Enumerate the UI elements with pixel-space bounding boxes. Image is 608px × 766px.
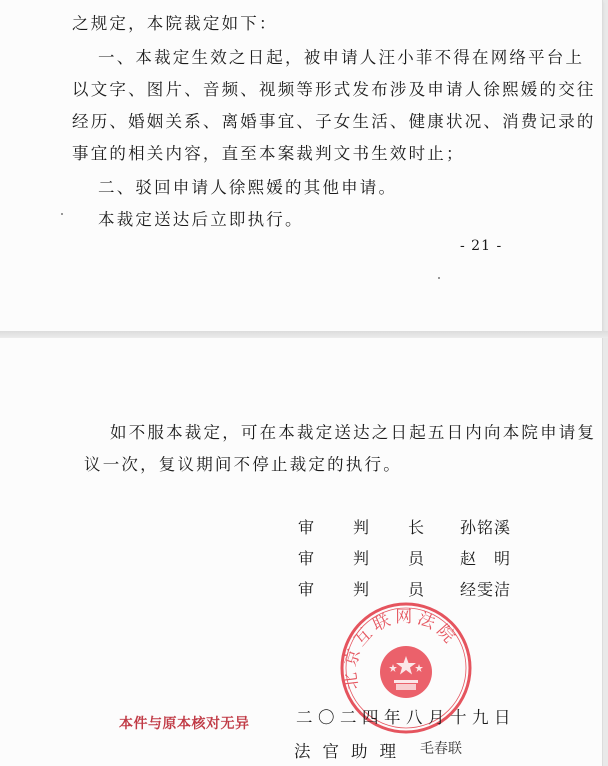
scan-speck bbox=[438, 277, 440, 279]
role-char: 判 bbox=[353, 577, 369, 600]
page-number: - 21 - bbox=[460, 238, 502, 254]
judge-name: 孙铭溪 bbox=[460, 515, 511, 538]
scan-speck bbox=[61, 213, 63, 215]
document-page-21: 之规定，本院裁定如下： 一、本裁定生效之日起，被申请人汪小菲不得在网络平台上 以… bbox=[0, 0, 603, 331]
appeal-notice-line-2: 议一次，复议期间不停止裁定的执行。 bbox=[84, 451, 402, 475]
text-line: 以文字、图片、音频、视频等形式发布涉及申请人徐熙媛的交往 bbox=[72, 76, 596, 100]
ruling-date: 二〇二四年八月十九日 bbox=[296, 704, 516, 728]
certification-stamp: 本件与原本核对无异 bbox=[119, 713, 250, 733]
ruling-item-1: 一、本裁定生效之日起，被申请人汪小菲不得在网络平台上 bbox=[98, 44, 584, 68]
text-line: 之规定，本院裁定如下： bbox=[72, 10, 278, 34]
judicial-assistant: 法官助理 毛春联 bbox=[294, 738, 408, 762]
text-line: 事宜的相关内容，直至本案裁判文书生效时止； bbox=[72, 140, 465, 164]
role-char: 判 bbox=[353, 546, 369, 569]
signature-judge-2: 审 判 员 经雯洁 bbox=[298, 577, 424, 600]
signature-presiding-judge: 审 判 长 孙铭溪 bbox=[298, 515, 424, 538]
assistant-name: 毛春联 bbox=[420, 738, 462, 758]
role-char: 审 bbox=[298, 546, 314, 569]
role-char: 判 bbox=[353, 515, 369, 538]
appeal-notice-line-1: 如不服本裁定，可在本裁定送达之日起五日内向本院申请复 bbox=[110, 419, 596, 443]
role-char: 审 bbox=[298, 577, 314, 600]
signature-judge-1: 审 判 员 赵 明 bbox=[298, 546, 424, 569]
assistant-role: 法官助理 bbox=[294, 738, 408, 762]
role-char: 长 bbox=[408, 515, 424, 538]
ruling-item-2: 二、驳回申请人徐熙媛的其他申请。 bbox=[98, 174, 397, 198]
page-separator bbox=[0, 331, 608, 338]
text-line: 经历、婚姻关系、离婚事宜、子女生活、健康状况、消费记录的 bbox=[72, 108, 596, 132]
role-char: 审 bbox=[298, 515, 314, 538]
role-char: 员 bbox=[408, 577, 424, 600]
role-char: 员 bbox=[408, 546, 424, 569]
execution-note: 本裁定送达后立即执行。 bbox=[98, 206, 304, 230]
judge-name: 经雯洁 bbox=[460, 577, 511, 600]
judge-name: 赵 明 bbox=[460, 546, 511, 569]
